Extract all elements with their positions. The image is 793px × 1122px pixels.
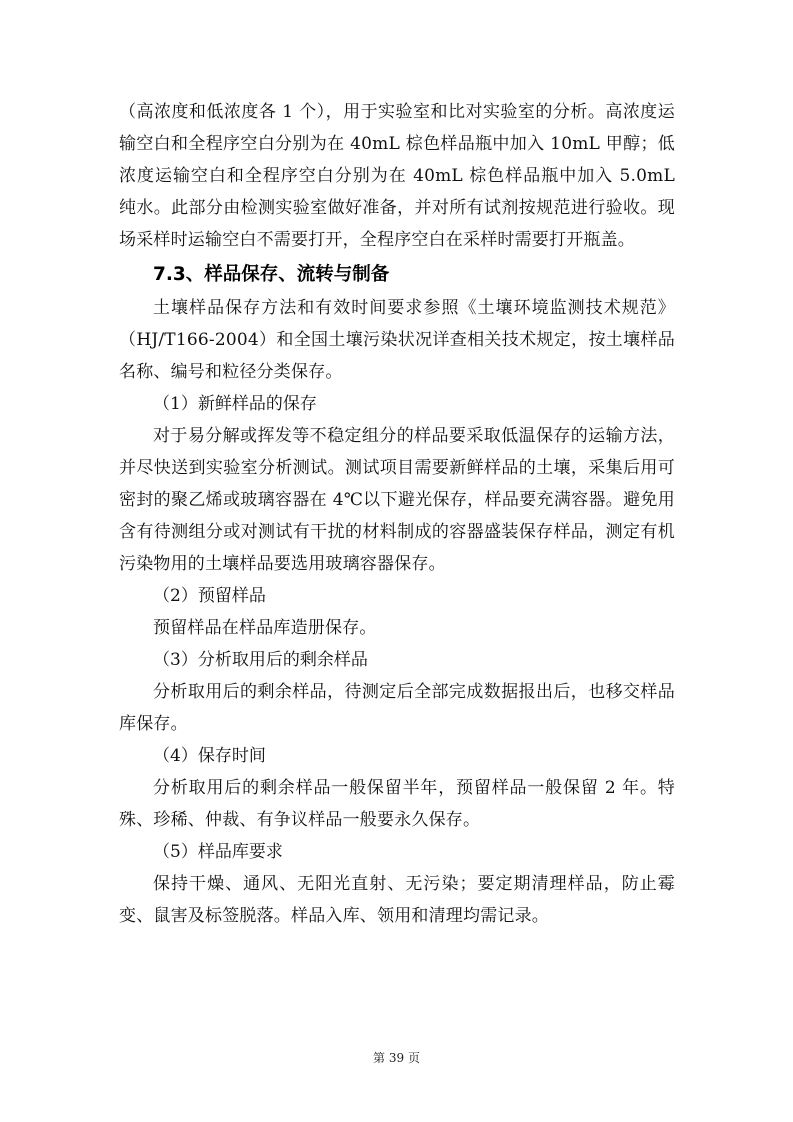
paragraph-storage-time: 分析取用后的剩余样品一般保留半年，预留样品一般保留 2 年。特殊、珍稀、仲裁、有… bbox=[119, 772, 675, 836]
paragraph-reserved-samples: 预留样品在样品库造册保存。 bbox=[119, 612, 675, 644]
paragraph-remaining-samples: 分析取用后的剩余样品，待测定后全部完成数据报出后，也移交样品库保存。 bbox=[119, 676, 675, 740]
page-number: 第 39 页 bbox=[0, 1049, 793, 1066]
paragraph-fresh-samples: 对于易分解或挥发等不稳定组分的样品要采取低温保存的运输方法，并尽快送到实验室分析… bbox=[119, 420, 675, 580]
document-page: （高浓度和低浓度各 1 个），用于实验室和比对实验室的分析。高浓度运输空白和全程… bbox=[119, 96, 675, 932]
section-heading: 7.3、样品保存、流转与制备 bbox=[119, 258, 675, 292]
subheading-storage-time: （4）保存时间 bbox=[119, 740, 675, 772]
paragraph-continued: （高浓度和低浓度各 1 个），用于实验室和比对实验室的分析。高浓度运输空白和全程… bbox=[119, 96, 675, 256]
subheading-fresh-samples: （1）新鲜样品的保存 bbox=[119, 388, 675, 420]
subheading-remaining-samples: （3）分析取用后的剩余样品 bbox=[119, 644, 675, 676]
subheading-reserved-samples: （2）预留样品 bbox=[119, 580, 675, 612]
section-intro-paragraph: 土壤样品保存方法和有效时间要求参照《土壤环境监测技术规范》（HJ/T166-20… bbox=[119, 292, 675, 388]
paragraph-sample-library: 保持干燥、通风、无阳光直射、无污染；要定期清理样品，防止霉变、鼠害及标签脱落。样… bbox=[119, 868, 675, 932]
subheading-sample-library: （5）样品库要求 bbox=[119, 836, 675, 868]
